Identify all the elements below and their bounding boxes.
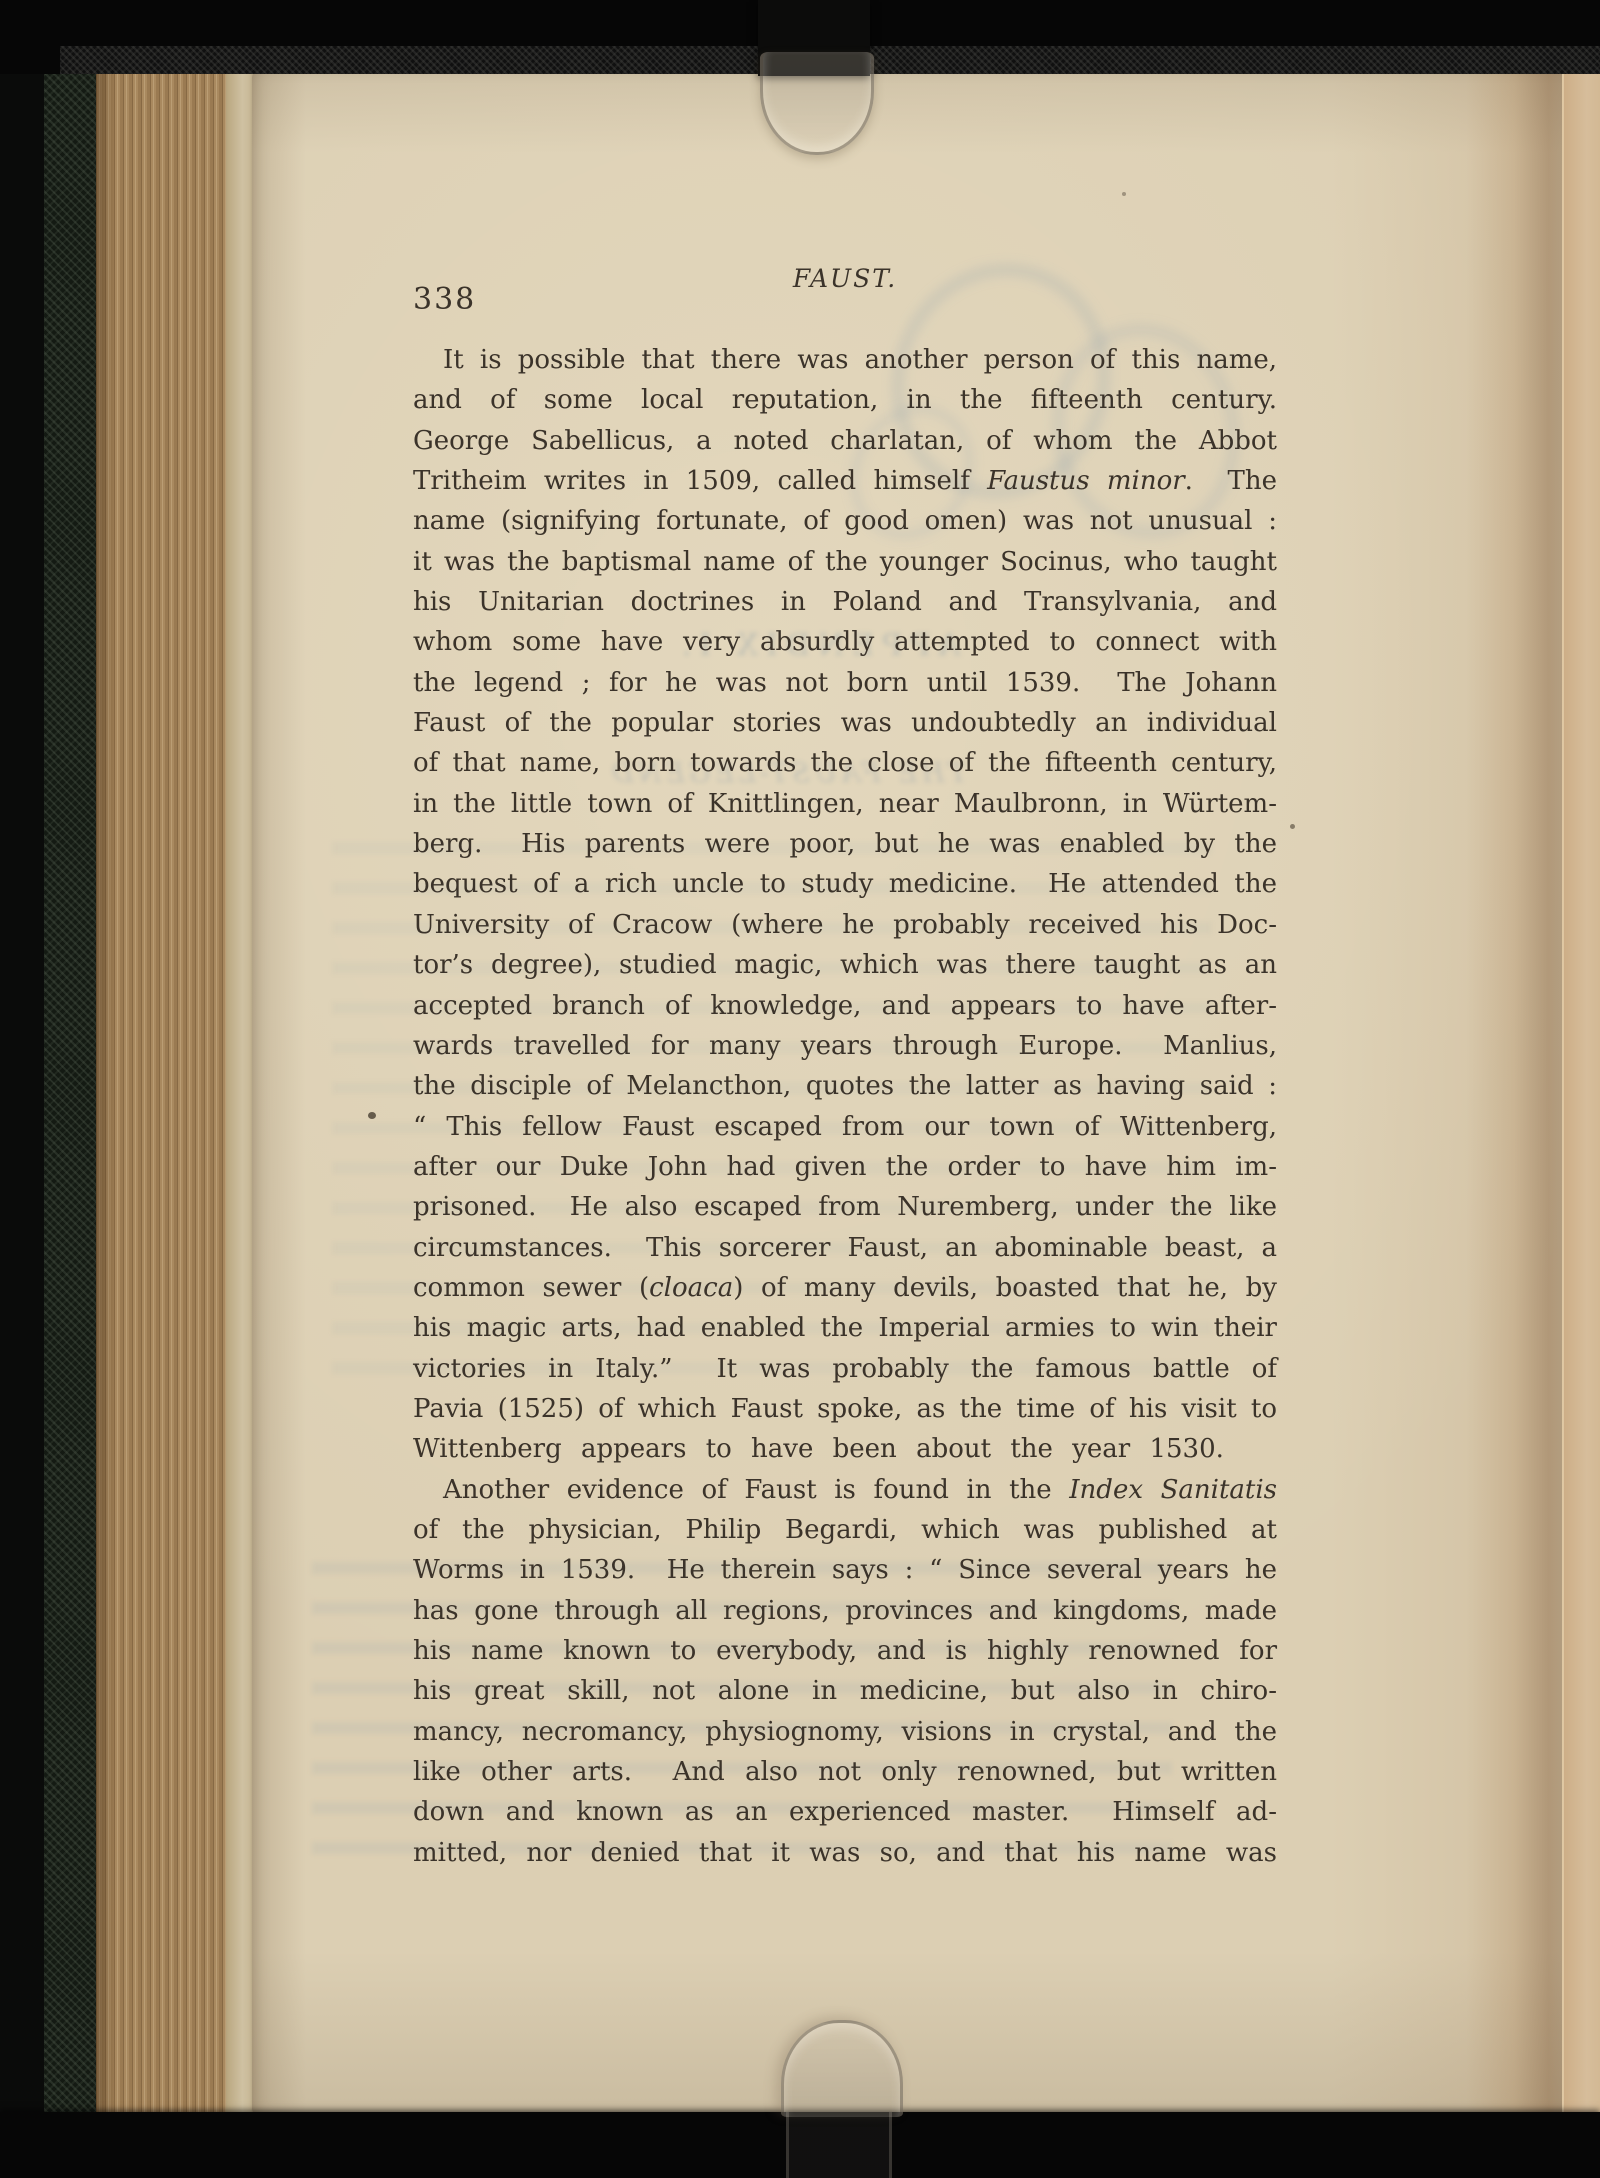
text-line: berg. His parents were poor, but he was … (413, 824, 1277, 864)
text-line: bequest of a rich uncle to study medicin… (413, 864, 1277, 904)
text-line: Wittenberg appears to have been about th… (413, 1429, 1277, 1469)
text-line: his great skill, not alone in medicine, … (413, 1671, 1277, 1711)
book-cover-left-edge (0, 0, 48, 2178)
text-line: Faust of the popular stories was undoubt… (413, 703, 1277, 743)
text-line: in the little town of Knittlingen, near … (413, 784, 1277, 824)
book-page: APPENDIX I. THE FAUST-LEGEND 338 FAUST. … (252, 72, 1600, 2114)
book-cover-cloth-left (44, 0, 98, 2178)
page-text: It is possible that there was another pe… (413, 340, 1277, 1873)
text-line: has gone through all regions, provinces … (413, 1591, 1277, 1631)
text-line: the legend ; for he was not born until 1… (413, 663, 1277, 703)
paper-speck (1290, 824, 1295, 829)
text-line: mancy, necromancy, physiognomy, visions … (413, 1712, 1277, 1752)
gutter-crease-shadow (1466, 60, 1562, 2118)
text-line: Tritheim writes in 1509, called himself … (413, 461, 1277, 501)
text-line: tor’s degree), studied magic, which was … (413, 945, 1277, 985)
text-line: his magic arts, had enabled the Imperial… (413, 1308, 1277, 1348)
text-line: whom some have very absurdly attempted t… (413, 622, 1277, 662)
text-line: wards travelled for many years through E… (413, 1026, 1277, 1066)
book-scan-photo: APPENDIX I. THE FAUST-LEGEND 338 FAUST. … (0, 0, 1600, 2178)
text-line: it was the baptismal name of the younger… (413, 542, 1277, 582)
text-line: down and known as an experienced master.… (413, 1792, 1277, 1832)
text-line: Worms in 1539. He therein says : “ Since… (413, 1550, 1277, 1590)
paper-speck (368, 1112, 376, 1119)
text-line: the disciple of Melancthon, quotes the l… (413, 1066, 1277, 1106)
text-line: mitted, nor denied that it was so, and t… (413, 1833, 1277, 1873)
text-line: circumstances. This sorcerer Faust, an a… (413, 1228, 1277, 1268)
text-line: Pavia (1525) of which Faust spoke, as th… (413, 1389, 1277, 1429)
text-line: George Sabellicus, a noted charlatan, of… (413, 421, 1277, 461)
paper-speck (1122, 192, 1126, 196)
text-line: prisoned. He also escaped from Nuremberg… (413, 1187, 1277, 1227)
page-stack-fore-edge (96, 54, 230, 2124)
running-title: FAUST. (413, 264, 1277, 293)
bottom-holder-strap (786, 2112, 892, 2178)
text-line: of the physician, Philip Begardi, which … (413, 1510, 1277, 1550)
text-line: his Unitarian doctrines in Poland and Tr… (413, 582, 1277, 622)
text-line: accepted branch of knowledge, and appear… (413, 986, 1277, 1026)
text-line: of that name, born towards the close of … (413, 743, 1277, 783)
text-line: Another evidence of Faust is found in th… (413, 1470, 1277, 1510)
text-line: common sewer (cloaca) of many devils, bo… (413, 1268, 1277, 1308)
text-line: after our Duke John had given the order … (413, 1147, 1277, 1187)
text-line: name (signifying fortunate, of good omen… (413, 501, 1277, 541)
text-line: University of Cracow (where he probably … (413, 905, 1277, 945)
text-line: his name known to everybody, and is high… (413, 1631, 1277, 1671)
text-line: like other arts. And also not only renow… (413, 1752, 1277, 1792)
text-line: “ This fellow Faust escaped from our tow… (413, 1107, 1277, 1147)
text-line: It is possible that there was another pe… (413, 340, 1277, 380)
facing-page-gutter (1562, 60, 1600, 2118)
text-line: and of some local reputation, in the fif… (413, 380, 1277, 420)
text-line: victories in Italy.” It was probably the… (413, 1349, 1277, 1389)
